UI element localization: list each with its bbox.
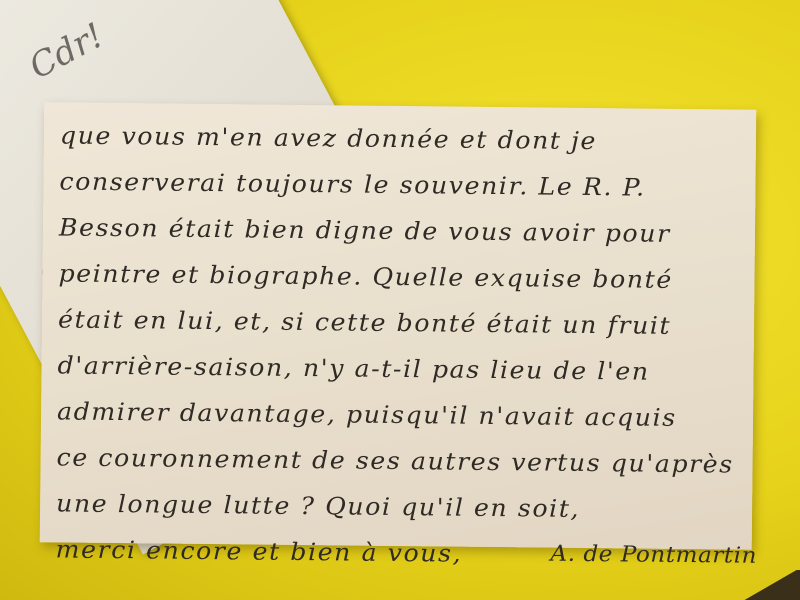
handwritten-card: que vous m'en avez donnée et dont je con… bbox=[40, 102, 757, 549]
letter-fragment: Cdr! bbox=[23, 15, 110, 87]
closing-line: merci encore et bien à vous, A. de Pontm… bbox=[55, 526, 767, 579]
card-line: que vous m'en avez donnée et dont je bbox=[60, 112, 772, 165]
photo-scene: Cdr! G que vous m'en avez donnée et dont… bbox=[0, 0, 800, 600]
card-line: d'arrière-saison, n'y a-t-il pas lieu de… bbox=[57, 342, 769, 395]
signature: A. de Pontmartin bbox=[550, 532, 757, 580]
card-line: Besson était bien digne de vous avoir po… bbox=[59, 204, 771, 257]
card-line: était en lui, et, si cette bonté était u… bbox=[58, 296, 770, 349]
card-line: une longue lutte ? Quoi qu'il en soit, bbox=[56, 480, 768, 533]
card-line: admirer davantage, puisqu'il n'avait acq… bbox=[57, 388, 769, 441]
closing-text: merci encore et bien à vous, bbox=[55, 526, 462, 576]
card-text: que vous m'en avez donnée et dont je con… bbox=[55, 112, 738, 579]
card-line: ce couronnement de ses autres vertus qu'… bbox=[56, 434, 768, 487]
dark-corner bbox=[740, 570, 800, 600]
card-line: peintre et biographe. Quelle exquise bon… bbox=[58, 250, 770, 303]
card-line: conserverai toujours le souvenir. Le R. … bbox=[59, 158, 771, 211]
